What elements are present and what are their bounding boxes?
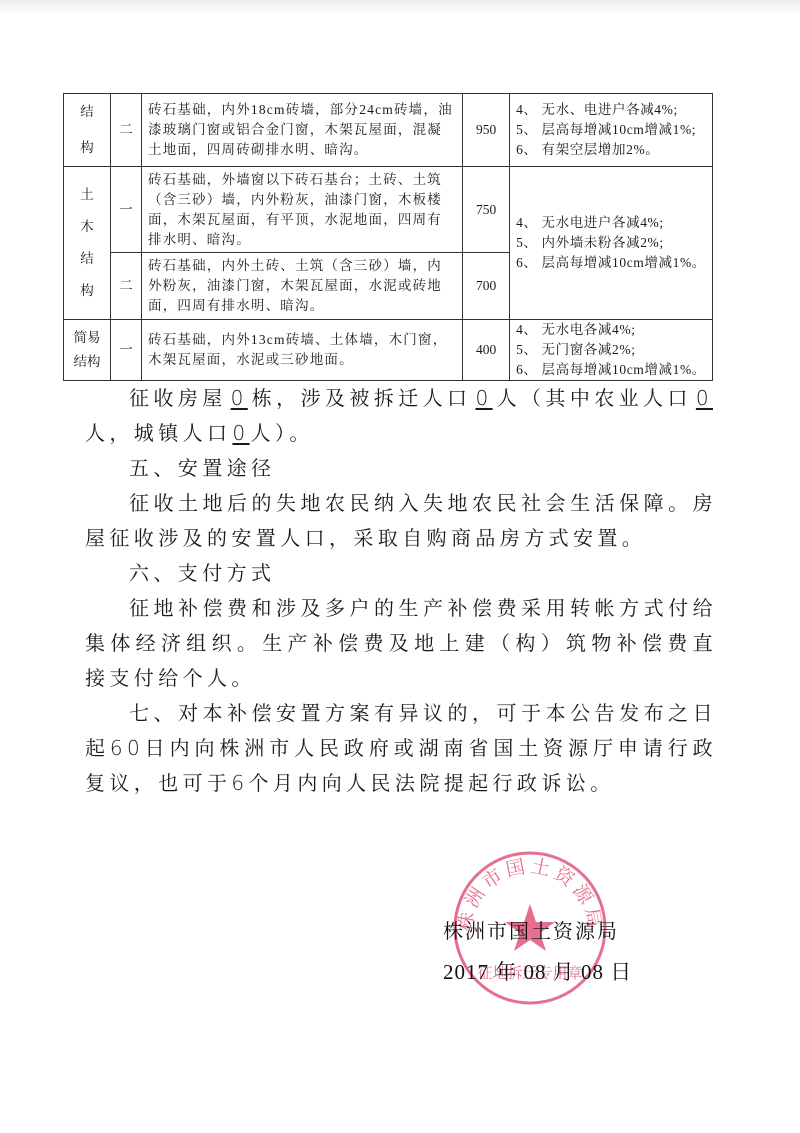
section-6-text: 征地补偿费和涉及多户的生产补偿费采用转帐方式付给集体经济组织。生产补偿费及地上建… [85, 591, 717, 696]
grade-cell: 一 [111, 320, 142, 381]
section-5-text: 征收土地后的失地农民纳入失地农民社会生活保障。房屋征收涉及的安置人口，采取自购商… [85, 486, 717, 556]
table-row: 结 构 二 砖石基础，内外18cm砖墙，部分24cm砖墙，油漆玻璃门窗或铝合金门… [64, 94, 713, 167]
agricultural-count: 0 [692, 386, 717, 410]
issuing-organization: 株洲市国土资源局 [443, 915, 619, 944]
category-cell: 土 木 结 构 [64, 167, 111, 320]
price-cell: 950 [463, 94, 510, 167]
adjustments-cell: 4、 无水电各减4%; 5、 无门窗各减2%; 6、 层高每增减10cm增减1%… [510, 320, 713, 381]
notice-body: 征收房屋0栋，涉及被拆迁人口0人（其中农业人口0人，城镇人口0人）。 五、安置途… [85, 381, 717, 801]
houses-count: 0 [227, 386, 252, 410]
section-6-heading: 六、支付方式 [85, 556, 717, 591]
houses-paragraph: 征收房屋0栋，涉及被拆迁人口0人（其中农业人口0人，城镇人口0人）。 [85, 381, 717, 451]
description-cell: 砖石基础，外墙窗以下砖石基台；土砖、土筑（含三砂）墙，内外粉灰，油漆门窗，木板楼… [142, 167, 463, 253]
category-cell: 简易 结构 [64, 320, 111, 381]
category-cell: 结 构 [64, 94, 111, 167]
description-cell: 砖石基础，内外13cm砖墙、土体墙，木门窗，木架瓦屋面，水泥或三砂地面。 [142, 320, 463, 381]
urban-count: 0 [231, 421, 250, 445]
price-cell: 400 [463, 320, 510, 381]
section-5-heading: 五、安置途径 [85, 451, 717, 486]
price-cell: 700 [463, 253, 510, 320]
adjustments-cell: 4、 无水电进户各减4%; 5、 内外墙未粉各减2%; 6、 层高每增减10cm… [510, 167, 713, 320]
section-7-text: 七、对本补偿安置方案有异议的，可于本公告发布之日起60日内向株洲市人民政府或湖南… [85, 696, 717, 801]
house-compensation-standards-table: 结 构 二 砖石基础，内外18cm砖墙，部分24cm砖墙，油漆玻璃门窗或铝合金门… [63, 93, 713, 381]
grade-cell: 一 [111, 167, 142, 253]
table-row: 土 木 结 构 一 砖石基础，外墙窗以下砖石基台；土砖、土筑（含三砂）墙，内外粉… [64, 167, 713, 253]
grade-cell: 二 [111, 94, 142, 167]
adjustments-cell: 4、 无水、电进户各减4%; 5、 层高每增减10cm增减1%; 6、 有架空层… [510, 94, 713, 167]
scan-edge [0, 0, 800, 14]
table-row: 简易 结构 一 砖石基础，内外13cm砖墙、土体墙，木门窗，木架瓦屋面，水泥或三… [64, 320, 713, 381]
description-cell: 砖石基础，内外18cm砖墙，部分24cm砖墙，油漆玻璃门窗或铝合金门窗，木架瓦屋… [142, 94, 463, 167]
description-cell: 砖石基础，内外土砖、土筑（含三砂）墙，内外粉灰，油漆门窗，木架瓦屋面，水泥或砖地… [142, 253, 463, 320]
issue-date: 2017 年 08 月 08 日 [443, 956, 632, 986]
grade-cell: 二 [111, 253, 142, 320]
price-cell: 750 [463, 167, 510, 253]
people-count: 0 [471, 386, 496, 410]
